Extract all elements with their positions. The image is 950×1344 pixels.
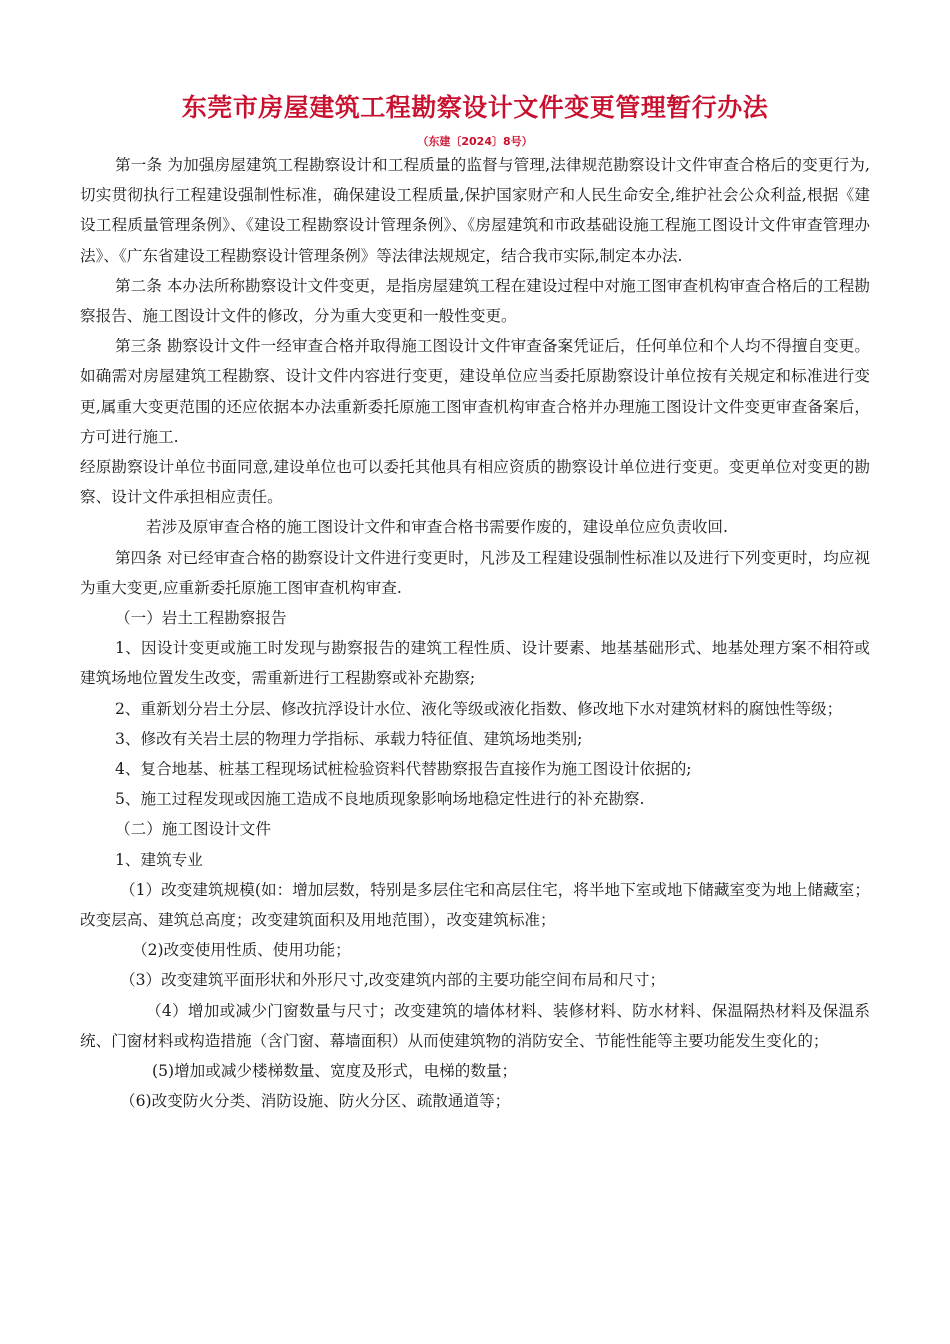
document-title: 东莞市房屋建筑工程勘察设计文件变更管理暂行办法: [0, 90, 950, 126]
list-item: 4、复合地基、桩基工程现场试桩检验资料代替勘察报告直接作为施工图设计依据的;: [80, 754, 870, 784]
article-4: 第四条 对已经审查合格的勘察设计文件进行变更时，凡涉及工程建设强制性标准以及进行…: [80, 543, 870, 603]
article-2: 第二条 本办法所称勘察设计文件变更，是指房屋建筑工程在建设过程中对施工图审查机构…: [80, 271, 870, 331]
list-item: 5、施工过程发现或因施工造成不良地质现象影响场地稳定性进行的补充勘察.: [80, 784, 870, 814]
article-1: 第一条 为加强房屋建筑工程勘察设计和工程质量的监督与管理,法律规范勘察设计文件审…: [80, 150, 870, 271]
list-item: (5)增加或减少楼梯数量、宽度及形式，电梯的数量；: [80, 1056, 870, 1086]
list-item: （6)改变防火分类、消防设施、防火分区、疏散通道等；: [80, 1086, 870, 1116]
document-number: （东建〔2024〕8号）: [0, 134, 950, 150]
list-item: （2)改变使用性质、使用功能；: [80, 935, 870, 965]
subsection-heading-architecture: 1、建筑专业: [80, 845, 870, 875]
article-3: 第三条 勘察设计文件一经审查合格并取得施工图设计文件审查备案凭证后，任何单位和个…: [80, 331, 870, 452]
document-body: 第一条 为加强房屋建筑工程勘察设计和工程质量的监督与管理,法律规范勘察设计文件审…: [80, 150, 870, 1117]
article-3-note: 若涉及原审查合格的施工图设计文件和审查合格书需要作废的，建设单位应负责收回.: [80, 512, 870, 542]
list-item: 1、因设计变更或施工时发现与勘察报告的建筑工程性质、设计要素、地基基础形式、地基…: [80, 633, 870, 693]
list-item: （3）改变建筑平面形状和外形尺寸,改变建筑内部的主要功能空间布局和尺寸；: [80, 965, 870, 995]
section-heading-geotechnical: （一）岩土工程勘察报告: [80, 603, 870, 633]
list-item: 3、修改有关岩土层的物理力学指标、承载力特征值、建筑场地类别;: [80, 724, 870, 754]
list-item: 2、重新划分岩土分层、修改抗浮设计水位、液化等级或液化指数、修改地下水对建筑材料…: [80, 694, 870, 724]
document-page: 东莞市房屋建筑工程勘察设计文件变更管理暂行办法 （东建〔2024〕8号） 第一条…: [0, 0, 950, 1344]
article-3-supplement: 经原勘察设计单位书面同意,建设单位也可以委托其他具有相应资质的勘察设计单位进行变…: [80, 452, 870, 512]
section-heading-construction-drawings: （二）施工图设计文件: [80, 814, 870, 844]
list-item: （4）增加或减少门窗数量与尺寸；改变建筑的墙体材料、装修材料、防水材料、保温隔热…: [80, 996, 870, 1056]
list-item: （1）改变建筑规模(如：增加层数，特别是多层住宅和高层住宅，将半地下室或地下储藏…: [80, 875, 870, 935]
